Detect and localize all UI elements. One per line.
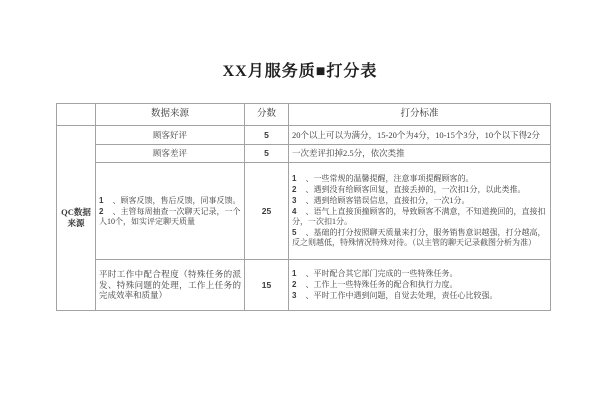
score-cell: 25: [245, 163, 289, 260]
list-item-text: 、遇到给顾客错误信息，直接扣分，一次1分。: [305, 196, 469, 205]
document-page: XX月服务质■打分表 数据来源 分数 打分标准 QC数据来源 顾客好评 5 20…: [0, 0, 600, 400]
list-item-text: 、基础的打分按照聊天质量来打分，服务销售意识越强，打分越高，反之则越低，特殊情况…: [292, 228, 545, 247]
list-item-text: 、平时配合其它部门完成的一些特殊任务。: [305, 269, 457, 278]
list-item-text: 、平时工作中遇到问题，自觉去处理，责任心比较强。: [305, 291, 497, 300]
list-item-text: 、工作上一些特殊任务的配合和执行力度。: [305, 280, 457, 289]
header-score: 分数: [245, 104, 289, 126]
data-source-cell: 1、顾客反馈，售后反馈，同事反馈。 2、主管每周抽查一次聊天记录，一个人10个，…: [96, 163, 245, 260]
list-item-number: 4: [292, 207, 296, 216]
score-cell: 5: [245, 145, 289, 163]
data-source-cell: 顾客差评: [96, 145, 245, 163]
list-item-number: 2: [292, 280, 296, 289]
list-item-text: 、顾客反馈，售后反馈，同事反馈。: [112, 196, 240, 205]
header-criteria: 打分标准: [289, 104, 551, 126]
score-table: 数据来源 分数 打分标准 QC数据来源 顾客好评 5 20个以上可以为满分，15…: [56, 103, 551, 311]
criteria-cell: 1、平时配合其它部门完成的一些特殊任务。 2、工作上一些特殊任务的配合和执行力度…: [289, 260, 551, 311]
row-group-label: QC数据来源: [57, 126, 96, 311]
list-item: 1、平时配合其它部门完成的一些特殊任务。: [292, 269, 547, 279]
table-row-customer-praise: QC数据来源 顾客好评 5 20个以上可以为满分，15-20个为4分，10-15…: [57, 126, 551, 145]
list-item-number: 1: [292, 174, 296, 183]
table-header-row: 数据来源 分数 打分标准: [57, 104, 551, 126]
list-item: 4、语气上直接顶撞顾客的，导致顾客不满意，不知道挽回的，直接扣分，一次扣1分。: [292, 207, 547, 227]
list-item: 1、一些常规的温馨提醒，注意事项提醒顾客的。: [292, 174, 547, 184]
score-cell: 5: [245, 126, 289, 145]
list-item-number: 1: [292, 269, 296, 278]
page-title: XX月服务质■打分表: [0, 58, 600, 81]
table-row-chat-quality: 1、顾客反馈，售后反馈，同事反馈。 2、主管每周抽查一次聊天记录，一个人10个，…: [57, 163, 551, 260]
score-cell: 15: [245, 260, 289, 311]
criteria-cell: 1、一些常规的温馨提醒，注意事项提醒顾客的。 2、遇到没有给顾客回复，直接丢掉的…: [289, 163, 551, 260]
list-item-text: 、一些常规的温馨提醒，注意事项提醒顾客的。: [305, 174, 473, 183]
criteria-cell: 20个以上可以为满分，15-20个为4分，10-15个3分，10个以下得2分: [289, 126, 551, 145]
list-item: 3、平时工作中遇到问题，自觉去处理，责任心比较强。: [292, 291, 547, 301]
header-data-source: 数据来源: [96, 104, 245, 126]
list-item-text: 、遇到没有给顾客回复，直接丢掉的，一次扣1分，以此类推。: [305, 185, 525, 194]
list-item: 5、基础的打分按照聊天质量来打分，服务销售意识越强，打分越高，反之则越低，特殊情…: [292, 228, 547, 248]
list-item: 2、遇到没有给顾客回复，直接丢掉的，一次扣1分，以此类推。: [292, 185, 547, 195]
table-row-customer-bad-review: 顾客差评 5 一次差评扣掉2.5分，依次类推: [57, 145, 551, 163]
data-source-cell: 顾客好评: [96, 126, 245, 145]
list-item-text: 、主管每周抽查一次聊天记录，一个人10个，如实评定聊天质量: [99, 207, 240, 226]
list-item-number: 2: [292, 185, 296, 194]
list-item-text: 、语气上直接顶撞顾客的，导致顾客不满意，不知道挽回的，直接扣分，一次扣1分。: [292, 207, 545, 226]
list-item-number: 5: [292, 228, 296, 237]
header-empty-cell: [57, 104, 96, 126]
data-source-cell: 平时工作中配合程度（特殊任务的派发、特殊问题的处理，工作上任务的完成效率和质量）: [96, 260, 245, 311]
list-item: 3、遇到给顾客错误信息，直接扣分，一次1分。: [292, 196, 547, 206]
list-item-number: 2: [99, 207, 103, 216]
criteria-cell: 一次差评扣掉2.5分，依次类推: [289, 145, 551, 163]
table-row-work-cooperation: 平时工作中配合程度（特殊任务的派发、特殊问题的处理，工作上任务的完成效率和质量）…: [57, 260, 551, 311]
list-item: 2、主管每周抽查一次聊天记录，一个人10个，如实评定聊天质量: [99, 207, 241, 227]
list-item-number: 1: [99, 196, 103, 205]
list-item-number: 3: [292, 196, 296, 205]
list-item: 1、顾客反馈，售后反馈，同事反馈。: [99, 196, 241, 206]
list-item: 2、工作上一些特殊任务的配合和执行力度。: [292, 280, 547, 290]
list-item-number: 3: [292, 291, 296, 300]
